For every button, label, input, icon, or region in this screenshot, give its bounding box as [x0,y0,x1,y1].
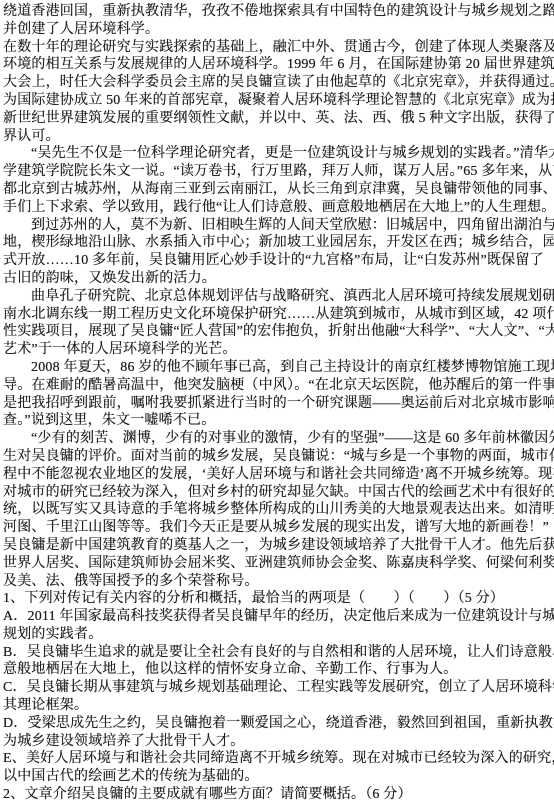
text-line: 古旧的韵味，又焕发出新的活力。 [3,270,552,288]
text-line: 曲阜孔子研究院、北京总体规划评估与战略研究、滇西北人居环境可持续发展规划研究、 [3,288,552,306]
text-line: 以中国古代的绘画艺术的传统为基础的。 [3,768,552,786]
text-line: 性实践项目，展现了吴良镛“匠人营国”的宏伟抱负，折射出他融“大科学”、“大人文”… [3,323,552,341]
text-line: 生对吴良镛的评价。面对当前的城乡发展，吴良镛说：“城与乡是一个事物的两面，城市化… [3,448,552,466]
text-line: E、美好人居环境与和谐社会共同缔造离不开城乡统筹。现在对城市已经较为深入的研究，… [3,750,552,768]
text-line: 手们上下求索、学以致用，践行他“让人们诗意般、画意般地栖居在大地上”的人生理想。 [3,199,552,217]
question-2: 2、文章介绍吴良镛的主要成就有哪些方面？请简要概括。（6 分） [3,786,552,804]
text-line: 大会上，时任大会科学委员会主席的吴良镛宣读了由他起草的《北京宪章》，并获得通过。… [3,74,552,92]
text-line: 2008 年夏天，86 岁的他不顾年事已高，到自己主持设计的南京红楼梦博物馆施工… [3,359,552,377]
text-line: 为国际建协成立 50 年来的首部宪章，凝聚着人居环境科学理论智慧的《北京宪章》成… [3,92,552,110]
text-line: 2、文章介绍吴良镛的主要成就有哪些方面？请简要概括。（6 分） [3,786,552,804]
text-line: 界认可。 [3,128,552,146]
text-line: 都北京到古城苏州，从海南三亚到云南丽江，从长三角到京津冀，吴良镛带领他的同事、助 [3,181,552,199]
text-line: “吴先生不仅是一位科学理论研究者，更是一位建筑设计与城乡规划的实践者。”清华大 [3,145,552,163]
text-line: 为城乡建设领域培养了大批骨干人才。 [3,733,552,751]
text-line: D．受梁思成先生之约，吴良镛抱着一颗爱国之心，绕道香港，毅然回到祖国，重新执教清… [3,715,552,733]
text-line: 艺术”于一体的人居环境科学的光芒。 [3,341,552,359]
text-line: B．吴良镛毕生追求的就是要让全社会有良好的与自然相和谐的人居环境，让人们诗意般、… [3,644,552,662]
text-line: A．2011 年国家最高科技奖获得者吴良镛早年的经历，决定他后来成为一位建筑设计… [3,608,552,626]
text-line: 南水北调东线一期工程历史文化环境保护研究……从建筑到城市，从城市到区域，42 项… [3,306,552,324]
text-line: 意般地栖居在大地上，他以这样的情怀安身立命、辛勤工作、行事为人。 [3,661,552,679]
text-line: 河图、千里江山图等等。我们今天正是要从城乡发展的现实出发，谱写大地的新画卷！” [3,519,552,537]
text-line: 式开放……10 多年前，吴良镛用匠心妙手设计的“九宫格”布局，让“白发苏州”既保… [3,252,552,270]
text-line: 吴良镛是新中国建筑教育的奠基人之一，为城乡建设领域培养了大批骨干人才。他先后获得 [3,537,552,555]
text-line: 1、下列对传记有关内容的分析和概括，最恰当的两项是（ ）（ ）（5 分） [3,590,552,608]
text-line: 对城市的研究已经较为深入，但对乡村的研究却显欠缺。中国古代的绘画艺术中有很好的传 [3,484,552,502]
text-line: 世界人居奖、国际建筑师协会屈米奖、亚洲建筑师协会金奖、陈嘉庚科学奖、何梁何利奖以 [3,555,552,573]
text-line: 及美、法、俄等国授予的多个荣誉称号。 [3,573,552,591]
text-line: 其理论框架。 [3,697,552,715]
text-line: 程中不能忽视农业地区的发展，‘美好人居环境与和谐社会共同缔造’离不开城乡统筹。现… [3,466,552,484]
passage: 绕道香港回国，重新执教清华，孜孜不倦地探索具有中国特色的建筑设计与城乡规划之路，… [3,3,552,590]
text-line: 查。”说到这里，朱文一嘘唏不已。 [3,412,552,430]
text-line: 规划的实践者。 [3,626,552,644]
text-line: 环境的相互关系与发展规律的人居环境科学。1999 年 6 月，在国际建协第 20… [3,56,552,74]
document-page: 绕道香港回国，重新执教清华，孜孜不倦地探索具有中国特色的建筑设计与城乡规划之路，… [0,0,554,805]
text-line: C．吴良镛长期从事建筑与城乡规划基础理论、工程实践等发展研究，创立了人居环境科学… [3,679,552,697]
text-line: 在数十年的理论研究与实践探索的基础上，融汇中外、贯通古今，创建了体现人类聚落及其 [3,39,552,57]
text-line: 学建筑学院院长朱文一说。“读万卷书，行万里路，拜万人师，谋万人居。”65 多年来… [3,163,552,181]
text-line: 是把我招呼到跟前，嘱咐我要抓紧进行当时的一个研究课题——奥运前后对北京城市影响调 [3,395,552,413]
text-line: 到过苏州的人，莫不为新、旧相映生辉的人间天堂欣慰：旧城居中，四角留出湖泊与空 [3,217,552,235]
text-line: “少有的刻苦、渊博，少有的对事业的激情，少有的坚强”——这是 60 多年前林徽因… [3,430,552,448]
text-line: 导。在难耐的酷暑高温中，他突发脑梗（中风）。“在北京天坛医院，他苏醒后的第一件事… [3,377,552,395]
text-line: 并创建了人居环境科学。 [3,21,552,39]
text-line: 统，以既写实又具诗意的手笔将城乡整体所构成的山川秀美的大地景观表达出来。如清明上 [3,501,552,519]
text-line: 新世纪世界建筑发展的重要纲领性文献，并以中、英、法、西、俄 5 种文字出版，获得… [3,110,552,128]
text-line: 绕道香港回国，重新执教清华，孜孜不倦地探索具有中国特色的建筑设计与城乡规划之路， [3,3,552,21]
text-line: 地，楔形绿地沿山脉、水系插入市中心；新加坡工业园居东，开发区在西；城乡结合，园林 [3,234,552,252]
question-1: 1、下列对传记有关内容的分析和概括，最恰当的两项是（ ）（ ）（5 分）A．20… [3,590,552,786]
